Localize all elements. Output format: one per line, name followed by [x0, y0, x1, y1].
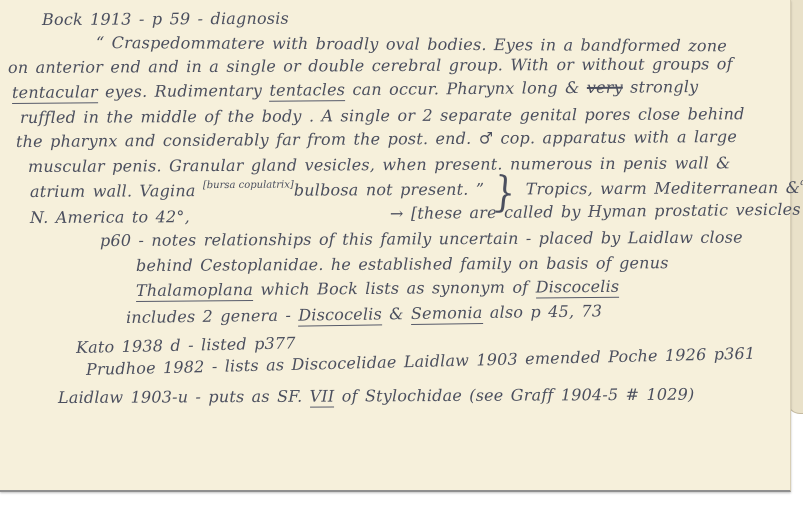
- underlined-text: tentacular: [12, 82, 98, 104]
- underlined-text: tentacles: [269, 80, 345, 102]
- brace-mark: }: [493, 181, 516, 203]
- note-line: ruffled in the middle of the body . A si…: [20, 104, 745, 127]
- struck-text: very: [587, 78, 623, 97]
- note-line: muscular penis. Granular gland vesicles,…: [28, 153, 731, 176]
- text-segment: &: [382, 304, 411, 323]
- note-line: Laidlaw 1903-u - puts as SF. VII of Styl…: [58, 385, 695, 407]
- text-segment: also p 45, 73: [482, 301, 602, 322]
- text-segment: eyes. Rudimentary: [98, 81, 270, 101]
- underlined-text: Discocelis: [536, 277, 620, 299]
- text-segment: on anterior end and in a single or doubl…: [8, 54, 733, 77]
- text-segment: “ Craspedommatere with broadly oval bodi…: [96, 33, 727, 55]
- text-segment: muscular penis. Granular gland vesicles,…: [28, 153, 731, 176]
- text-segment: strongly: [623, 77, 699, 97]
- text-segment: behind Cestoplanidae. he established fam…: [136, 253, 669, 275]
- text-segment: the pharynx and considerably far from th…: [16, 127, 737, 151]
- note-line: Thalamoplana which Bock lists as synonym…: [136, 277, 619, 300]
- text-segment: can occur. Pharynx long &: [345, 78, 587, 99]
- text-segment: which Bock lists as synonym of: [253, 278, 536, 299]
- text-segment: atrium wall. Vagina: [30, 181, 203, 201]
- index-card: Bock 1913 - p 59 - diagnosis“ Craspedomm…: [0, 0, 791, 492]
- note-line: tentacular eyes. Rudimentary tentacles c…: [12, 77, 699, 102]
- text-segment: p60 - notes relationships of this family…: [100, 228, 743, 250]
- text-segment: Kato 1938 d - listed p377: [76, 333, 296, 357]
- text-segment: ruffled in the middle of the body . A si…: [20, 104, 745, 127]
- underlined-text: VII: [310, 387, 335, 408]
- note-line: N. America to 42°,: [30, 207, 190, 227]
- text-segment: includes 2 genera -: [126, 306, 299, 327]
- note-line: Kato 1938 d - listed p377: [76, 333, 296, 357]
- note-line: behind Cestoplanidae. he established fam…: [136, 253, 669, 275]
- text-segment: bulbosa not present. ”: [294, 180, 492, 200]
- note-line: Bock 1913 - p 59 - diagnosis: [42, 9, 289, 29]
- text-segment: of Stylochidae (see Graff 1904-5 # 1029): [334, 385, 694, 406]
- note-line: on anterior end and in a single or doubl…: [8, 54, 733, 77]
- note-line: includes 2 genera - Discocelis & Semonia…: [126, 301, 603, 327]
- underlined-text: Thalamoplana: [136, 280, 253, 302]
- text-segment: Tropics, warm Mediterranean &: [518, 178, 800, 198]
- text-segment: Laidlaw 1903-u - puts as SF.: [58, 387, 310, 407]
- text-segment: N. America to 42°,: [30, 207, 190, 227]
- text-segment: → [these are called by Hyman prostatic v…: [390, 200, 803, 223]
- note-line: p60 - notes relationships of this family…: [100, 228, 743, 250]
- text-segment: Bock 1913 - p 59 - diagnosis: [42, 9, 289, 29]
- underlined-text: Semonia: [411, 303, 483, 325]
- note-line: → [these are called by Hyman prostatic v…: [390, 200, 803, 223]
- underlined-text: Discocelis: [298, 304, 382, 326]
- inserted-annotation: [bursa copulatrix]: [203, 182, 294, 190]
- note-line: the pharynx and considerably far from th…: [16, 127, 737, 151]
- handwritten-notes: Bock 1913 - p 59 - diagnosis“ Craspedomm…: [0, 0, 790, 490]
- note-line: “ Craspedommatere with broadly oval bodi…: [96, 33, 727, 55]
